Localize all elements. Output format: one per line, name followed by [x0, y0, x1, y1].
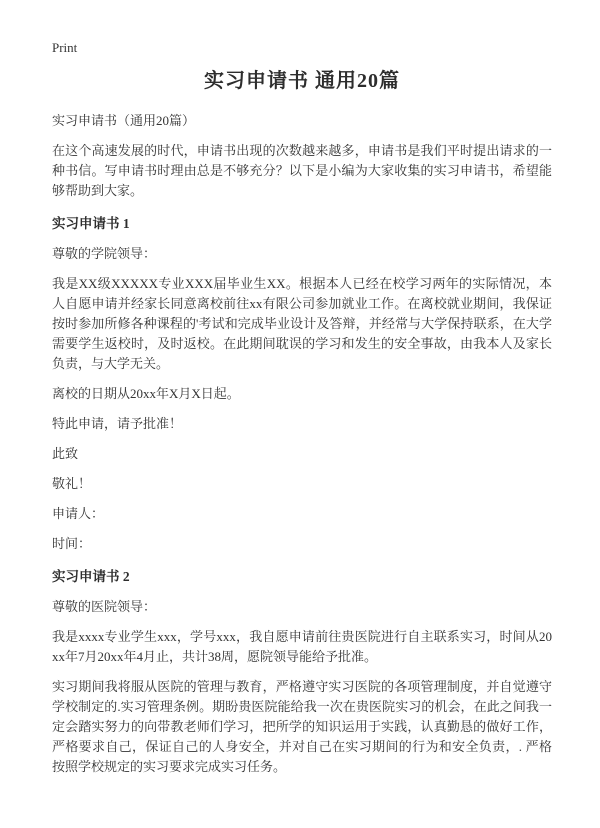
section-1-heading: 实习申请书 1: [52, 213, 552, 234]
section-1-applicant-line: 申请人：: [52, 504, 552, 524]
document-page: Print 实习申请书 通用20篇 实习申请书（通用20篇） 在这个高速发展的时…: [0, 0, 600, 828]
section-1-closing-jingli: 敬礼！: [52, 474, 552, 494]
section-1-request-line: 特此申请，请予批准！: [52, 414, 552, 434]
section-1-salutation: 尊敬的学院领导：: [52, 244, 552, 264]
subtitle: 实习申请书（通用20篇）: [52, 111, 552, 131]
section-1-time-line: 时间：: [52, 534, 552, 554]
page-title: 实习申请书 通用20篇: [52, 66, 552, 96]
intro-paragraph: 在这个高速发展的时代，申请书出现的次数越来越多，申请书是我们平时提出请求的一种书…: [52, 141, 552, 201]
section-1-closing-cizhi: 此致: [52, 444, 552, 464]
section-1-body-paragraph: 我是XX级XXXXX专业XXX届毕业生XX。根据本人已经在校学习两年的实际情况，…: [52, 274, 552, 374]
section-2-heading: 实习申请书 2: [52, 566, 552, 587]
print-link[interactable]: Print: [52, 40, 552, 56]
section-1-date-line: 离校的日期从20xx年X月X日起。: [52, 384, 552, 404]
section-2-body-paragraph-2: 实习期间我将服从医院的管理与教育，严格遵守实习医院的各项管理制度，并自觉遵守学校…: [52, 677, 552, 777]
section-2-salutation: 尊敬的医院领导：: [52, 597, 552, 617]
section-2-body-paragraph-1: 我是xxxx专业学生xxx，学号xxx，我自愿申请前往贵医院进行自主联系实习，时…: [52, 627, 552, 667]
